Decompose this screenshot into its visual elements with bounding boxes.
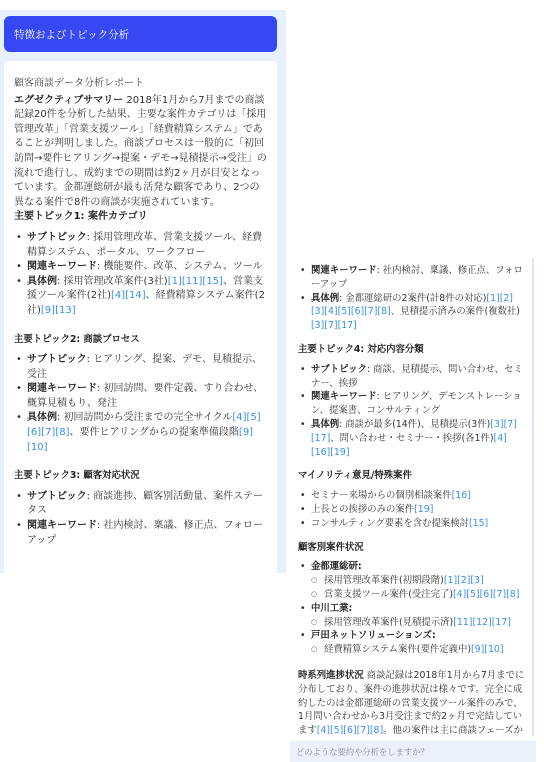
citation-link[interactable]: [19] — [414, 504, 433, 515]
example-text: : 商談が最多(14件)、見積提示(3件) — [339, 419, 490, 430]
citation-link[interactable]: [2] — [457, 575, 470, 586]
list-item: サブトピック: ヒアリング、提案、デモ、見積提示、受注 — [14, 353, 269, 382]
customer-item: 戸田ネットソリューションズ: 経費精算システム案件(要件定義中)[9][10] — [298, 629, 526, 657]
citation-link[interactable]: [8] — [370, 725, 383, 736]
citation-link[interactable]: [4] — [317, 725, 330, 736]
citation-link[interactable]: [8] — [55, 427, 69, 438]
citation-link[interactable]: [6] — [480, 589, 493, 600]
topic3-list-left: サブトピック: 商談進捗、顧客別活動量、案件ステータス 関連キーワード: 社内検… — [14, 490, 269, 548]
citation-link[interactable]: [11] — [453, 617, 472, 628]
timeline-paragraph: 時系列進捗状況 商談記録は2018年1月から7月までに分布しており、案件の進捗状… — [298, 669, 526, 736]
customer-name: 戸田ネットソリューションズ: — [311, 630, 436, 641]
topic1-list: サブトピック: 採用管理改革、営業支援ツール、経費精算システム、ポータル、ワーク… — [14, 231, 269, 319]
minority-list: セミナー来場からの個別相談案件[16] 上長との挨拶のみの案件[19] コンサル… — [298, 489, 526, 530]
keyword-label: 関連キーワード — [311, 391, 377, 402]
citation-link[interactable]: [9] — [239, 427, 253, 438]
citation-link[interactable]: [1] — [444, 575, 457, 586]
keyword-label: 関連キーワード — [27, 520, 97, 531]
feature-topic-analysis-button[interactable]: 特徴およびトピック分析 — [4, 16, 277, 52]
topic3-list-right: 関連キーワード: 社内検討、稟議、修正点、フォローアップ 具体例: 金都運総研の… — [298, 264, 526, 333]
list-item: 関連キーワード: 機能要件、改革、システム、ツール — [14, 260, 269, 275]
subtopic-label: サブトピック — [311, 364, 367, 375]
minority-text: セミナー来場からの個別相談案件 — [311, 490, 452, 501]
citation-link[interactable]: [7] — [41, 427, 55, 438]
citation-link[interactable]: [7] — [324, 320, 337, 331]
report-card: 顧客商談データ分析レポート エグゼクティブサマリー 2018年1月から7月までの… — [4, 61, 277, 573]
keyword-label: 関連キーワード — [311, 265, 377, 276]
example-label: 具体例 — [311, 293, 339, 304]
example-label: 具体例 — [27, 276, 57, 287]
case-item: 営業支援ツール案件(受注完了)[4][5][6][7][8] — [311, 588, 526, 602]
analysis-prompt-input[interactable] — [290, 741, 536, 762]
citation-link[interactable]: [3] — [470, 575, 483, 586]
keyword-label: 関連キーワード — [27, 383, 97, 394]
minority-text: コンサルティング要素を含む提案検討 — [311, 518, 469, 529]
summary-text: 2018年1月から7月までの商談記録20件を分析した結果、主要な案件カテゴリは「… — [14, 95, 267, 208]
case-list: 採用管理改革案件(見積提示済)[11][12][17] — [311, 616, 526, 630]
citation-link[interactable]: [7] — [504, 419, 517, 430]
citation-link[interactable]: [11] — [182, 276, 203, 287]
example-text: : 金都運総研の2案件(計8件の対応) — [339, 293, 486, 304]
customer-item: 金都運総研: 採用管理改革案件(初期段階)[1][2][3] 営業支援ツール案件… — [298, 560, 526, 601]
citation-link[interactable]: [3] — [311, 306, 324, 317]
example-text: 、要件ヒアリングからの提案準備段階 — [70, 427, 239, 438]
example-text: 、問い合わせ・セミナー・挨拶(各1件) — [330, 433, 493, 444]
right-panel: 関連キーワード: 社内検討、稟議、修正点、フォローアップ 具体例: 金都運総研の… — [291, 258, 534, 736]
citation-link[interactable]: [6] — [351, 306, 364, 317]
keyword-text: : 機能要件、改革、システム、ツール — [97, 261, 263, 272]
citation-link[interactable]: [4] — [453, 589, 466, 600]
citation-link[interactable]: [15] — [202, 276, 223, 287]
left-panel: 特徴およびトピック分析 顧客商談データ分析レポート エグゼクティブサマリー 20… — [0, 10, 286, 573]
citation-link[interactable]: [5] — [247, 412, 261, 423]
header-button-label: 特徴およびトピック分析 — [14, 29, 129, 41]
case-text: 採用管理改革案件(見積提示済) — [324, 617, 453, 628]
case-item: 採用管理改革案件(初期段階)[1][2][3] — [311, 574, 526, 588]
example-text: : 初回訪問から受注までの完全サイクル — [57, 412, 232, 423]
case-item: 経費精算システム案件(要件定義中)[9][10] — [311, 643, 526, 657]
list-item: サブトピック: 採用管理改革、営業支援ツール、経費精算システム、ポータル、ワーク… — [14, 231, 269, 260]
topic3-title: 主要トピック3: 顧客対応状況 — [14, 469, 269, 484]
citation-link[interactable]: [4] — [111, 290, 125, 301]
topic2-title: 主要トピック2: 商談プロセス — [14, 333, 269, 348]
list-item: サブトピック: 商談、見積提示、問い合わせ、セミナー、挨拶 — [298, 363, 526, 391]
topic1-title: 主要トピック1: 案件カテゴリ — [14, 210, 269, 225]
report-title: 顧客商談データ分析レポート — [14, 77, 269, 92]
citation-link[interactable]: [4] — [494, 433, 507, 444]
executive-summary: エグゼクティブサマリー 2018年1月から7月までの商談記録20件を分析した結果… — [14, 94, 269, 211]
list-item: サブトピック: 商談進捗、顧客別活動量、案件ステータス — [14, 490, 269, 519]
citation-link[interactable]: [6] — [343, 725, 356, 736]
list-item: 具体例: 金都運総研の2案件(計8件の対応)[1][2][3][4][5][6]… — [298, 292, 526, 333]
citation-link[interactable]: [4] — [232, 412, 246, 423]
example-text: : 採用管理改革案件(3社) — [57, 276, 168, 287]
case-text: 経費精算システム案件(要件定義中) — [324, 644, 471, 655]
list-item: 上長との挨拶のみの案件[19] — [298, 503, 526, 517]
example-text: 、見積提示済みの案件(複数社) — [391, 306, 520, 317]
citation-link[interactable]: [17] — [492, 617, 511, 628]
subtopic-label: サブトピック — [27, 491, 87, 502]
citation-link[interactable]: [4] — [324, 306, 337, 317]
list-item: 関連キーワード: ヒアリング、デモンストレーション、提案書、コンサルティング — [298, 390, 526, 418]
citation-link[interactable]: [9] — [471, 644, 484, 655]
citation-link[interactable]: [7] — [357, 725, 370, 736]
citation-link[interactable]: [9] — [41, 305, 55, 316]
case-text: 営業支援ツール案件(受注完了) — [324, 589, 453, 600]
timeline-label: 時系列進捗状況 — [298, 670, 364, 681]
citation-link[interactable]: [3] — [490, 419, 503, 430]
minority-text: 上長との挨拶のみの案件 — [311, 504, 414, 515]
citation-link[interactable]: [10] — [484, 644, 503, 655]
topic4-title: 主要トピック4: 対応内容分類 — [298, 343, 526, 357]
citation-link[interactable]: [16] — [452, 490, 471, 501]
topic2-list: サブトピック: ヒアリング、提案、デモ、見積提示、受注 関連キーワード: 初回訪… — [14, 353, 269, 455]
citation-link[interactable]: [1] — [168, 276, 182, 287]
citation-link[interactable]: [5] — [330, 725, 343, 736]
case-text: 採用管理改革案件(初期段階) — [324, 575, 444, 586]
list-item: 具体例: 採用管理改革案件(3社)[1][11][15]、営業支援ツール案件(2… — [14, 275, 269, 319]
list-item: 関連キーワード: 社内検討、稟議、修正点、フォローアップ — [14, 519, 269, 548]
customer-item: 中川工業: 採用管理改革案件(見積提示済)[11][12][17] — [298, 602, 526, 630]
subtopic-label: サブトピック — [27, 354, 87, 365]
minority-title: マイノリティ意見/特殊案件 — [298, 469, 526, 483]
citation-link[interactable]: [3] — [311, 320, 324, 331]
citation-link[interactable]: [14] — [125, 290, 146, 301]
customers-title: 顧客別案件状況 — [298, 541, 526, 555]
citation-link[interactable]: [15] — [469, 518, 488, 529]
citation-link[interactable]: [17] — [338, 320, 357, 331]
citation-link[interactable]: [13] — [55, 305, 76, 316]
citation-link[interactable]: [8] — [377, 306, 390, 317]
citation-link[interactable]: [1] — [486, 293, 499, 304]
citation-link[interactable]: [7] — [493, 589, 506, 600]
example-label: 具体例 — [27, 412, 57, 423]
list-item: コンサルティング要素を含む提案検討[15] — [298, 517, 526, 531]
subtopic-label: サブトピック — [27, 232, 87, 243]
citation-link[interactable]: [5] — [466, 589, 479, 600]
citation-link[interactable]: [6] — [27, 427, 41, 438]
list-item: 関連キーワード: 社内検討、稟議、修正点、フォローアップ — [298, 264, 526, 292]
citation-link[interactable]: [8] — [506, 589, 519, 600]
summary-label: エグゼクティブサマリー — [14, 95, 123, 106]
case-item: 採用管理改革案件(見積提示済)[11][12][17] — [311, 616, 526, 630]
case-list: 経費精算システム案件(要件定義中)[9][10] — [311, 643, 526, 657]
keyword-label: 関連キーワード — [27, 261, 97, 272]
example-label: 具体例 — [311, 419, 339, 430]
case-list: 採用管理改革案件(初期段階)[1][2][3] 営業支援ツール案件(受注完了)[… — [311, 574, 526, 602]
customer-list: 金都運総研: 採用管理改革案件(初期段階)[1][2][3] 営業支援ツール案件… — [298, 560, 526, 657]
list-item: 具体例: 初回訪問から受注までの完全サイクル[4][5][6][7][8]、要件… — [14, 411, 269, 455]
citation-link[interactable]: [2] — [500, 293, 513, 304]
topic4-list: サブトピック: 商談、見積提示、問い合わせ、セミナー、挨拶 関連キーワード: ヒ… — [298, 363, 526, 460]
customer-name: 中川工業: — [311, 603, 352, 614]
citation-link[interactable]: [5] — [338, 306, 351, 317]
citation-link[interactable]: [10] — [27, 442, 48, 453]
citation-link[interactable]: [19] — [330, 447, 349, 458]
citation-link[interactable]: [12] — [472, 617, 491, 628]
citation-link[interactable]: [7] — [364, 306, 377, 317]
list-item: 関連キーワード: 初回訪問、要件定義、すり合わせ、概算見積もり、発注 — [14, 382, 269, 411]
list-item: セミナー来場からの個別相談案件[16] — [298, 489, 526, 503]
citation-link[interactable]: [17] — [311, 433, 330, 444]
list-item: 具体例: 商談が最多(14件)、見積提示(3件)[3][7][17]、問い合わせ… — [298, 418, 526, 459]
customer-name: 金都運総研: — [311, 561, 362, 572]
citation-link[interactable]: [16] — [311, 447, 330, 458]
